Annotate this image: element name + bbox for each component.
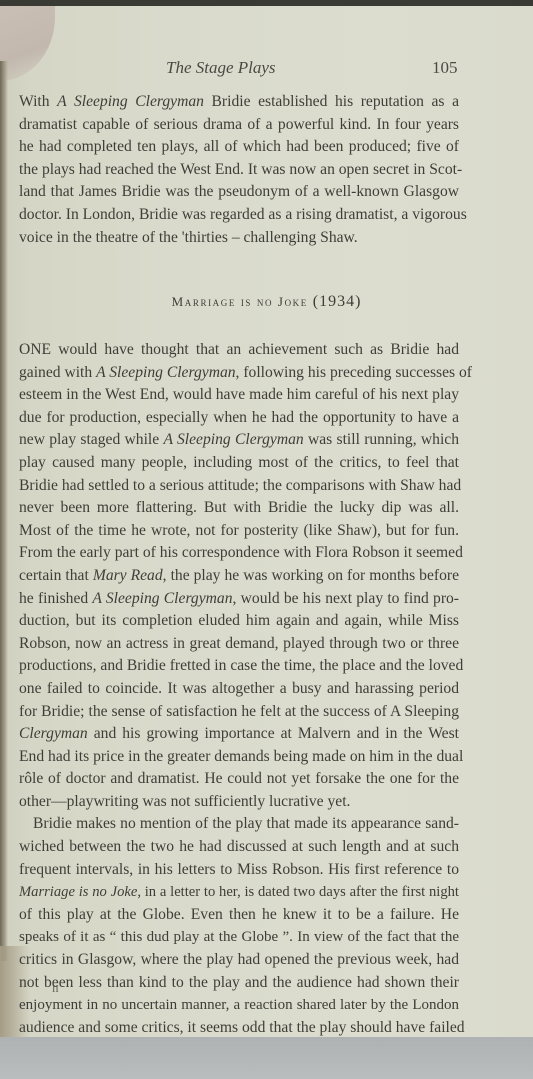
text-line: new play staged while A Sleeping Clergym… xyxy=(19,429,459,452)
text-line: With A Sleeping Clergyman Bridie establi… xyxy=(19,91,459,114)
text-line: rôle of doctor and dramatist. He could n… xyxy=(19,768,459,791)
text-line: esteem in the West End, would have made … xyxy=(19,384,459,407)
text-line: productions, and Bridie fretted in case … xyxy=(19,655,459,678)
text-line: the plays had reached the West End. It w… xyxy=(19,159,459,182)
text-line: enjoyment in no uncertain manner, a reac… xyxy=(19,994,459,1017)
text-line: gained with A Sleeping Clergyman, follow… xyxy=(19,362,459,385)
text-line: End had its price in the greater demands… xyxy=(19,746,459,769)
text-line: Clergyman and his growing importance at … xyxy=(19,723,459,746)
text-line: other—playwriting was not sufficiently l… xyxy=(19,791,459,814)
running-head: The Stage Plays 105 xyxy=(0,56,533,86)
text-line: Robson, now an actress in great demand, … xyxy=(19,633,459,656)
spine-shadow xyxy=(0,61,8,961)
background-surface xyxy=(0,1037,533,1079)
text-line: never been more flattering. But with Bri… xyxy=(19,497,459,520)
intro-paragraph: With A Sleeping Clergyman Bridie establi… xyxy=(19,91,459,249)
text-line: one failed to coincide. It was altogethe… xyxy=(19,678,459,701)
text-line: he finished A Sleeping Clergyman, would … xyxy=(19,588,459,611)
text-line: voice in the theatre of the 'thirties – … xyxy=(19,227,459,250)
text-line: dramatist capable of serious drama of a … xyxy=(19,114,459,137)
text-line: Bridie makes no mention of the play that… xyxy=(19,813,459,836)
running-title: The Stage Plays xyxy=(166,58,276,78)
book-page: The Stage Plays 105 With A Sleeping Cler… xyxy=(0,6,533,1037)
text-line: wiched between the two he had discussed … xyxy=(19,836,459,859)
text-line: Most of the time he wrote, not for poste… xyxy=(19,520,459,543)
text-line: of this play at the Globe. Even then he … xyxy=(19,904,459,927)
text-line: speaks of it as “ this dud play at the G… xyxy=(19,926,459,949)
body-text: ONE would have thought that an achieveme… xyxy=(19,339,459,1039)
text-line: for Bridie; the sense of satisfaction he… xyxy=(19,701,459,724)
section-heading: Marriage is no Joke (1934) xyxy=(0,293,533,311)
text-line: due for production, especially when he h… xyxy=(19,407,459,430)
page-number: 105 xyxy=(432,58,458,78)
text-line: Bridie had settled to a serious attitude… xyxy=(19,475,459,498)
text-line: play caused many people, including most … xyxy=(19,452,459,475)
section-heading-year: (1934) xyxy=(313,293,362,310)
section-heading-title: Marriage is no Joke xyxy=(172,294,308,309)
signature-mark: II xyxy=(52,984,59,995)
text-line: not been less than kind to the play and … xyxy=(19,972,459,995)
text-line: he had completed ten plays, all of which… xyxy=(19,136,459,159)
text-line: certain that Mary Read, the play he was … xyxy=(19,565,459,588)
text-line: frequent intervals, in his letters to Mi… xyxy=(19,859,459,882)
text-line: From the early part of his correspondenc… xyxy=(19,542,459,565)
text-line: duction, but its completion eluded him a… xyxy=(19,610,459,633)
text-line: land that James Bridie was the pseudonym… xyxy=(19,181,459,204)
text-line: doctor. In London, Bridie was regarded a… xyxy=(19,204,459,227)
text-line: ONE would have thought that an achieveme… xyxy=(19,339,459,362)
text-line: Marriage is no Joke, in a letter to her,… xyxy=(19,881,459,904)
text-line: critics in Glasgow, where the play had o… xyxy=(19,949,459,972)
